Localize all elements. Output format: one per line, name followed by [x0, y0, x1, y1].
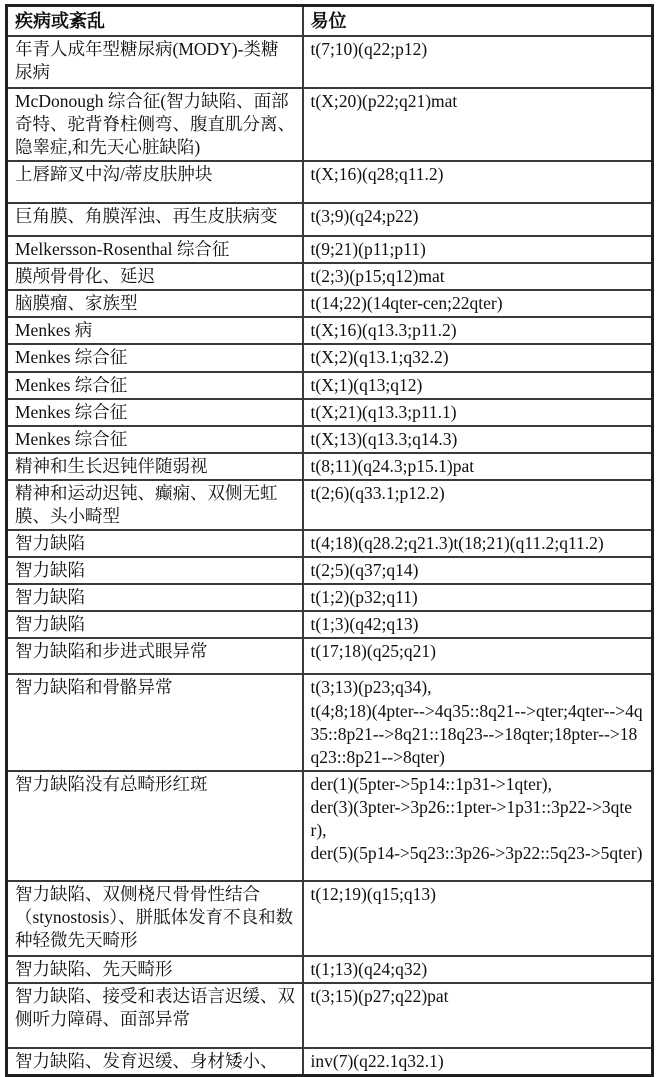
disease-cell: 智力缺陷和步进式眼异常: [7, 638, 303, 674]
translocation-cell: inv(7)(q22.1q32.1): [303, 1048, 653, 1076]
table-row: 精神和运动迟钝、癫痫、双侧无虹膜、头小畸型 t(2;6)(q33.1;p12.2…: [7, 480, 653, 530]
table-row: 智力缺陷 t(1;2)(p32;q11): [7, 584, 653, 611]
table-row: Menkes 综合征 t(X;2)(q13.1;q32.2): [7, 344, 653, 371]
table-row: 年青人成年型糖尿病(MODY)-类糖尿病 t(7;10)(q22;p12): [7, 36, 653, 88]
header-disease: 疾病或紊乱: [7, 6, 303, 36]
disease-cell: Menkes 病: [7, 317, 303, 344]
translocation-cell: t(7;10)(q22;p12): [303, 36, 653, 88]
translocation-cell: t(3;15)(p27;q22)pat: [303, 983, 653, 1048]
disease-cell: 智力缺陷、发育迟缓、身材矮小、: [7, 1048, 303, 1076]
translocation-cell: t(2;3)(p15;q12)mat: [303, 263, 653, 290]
table-row: 智力缺陷和骨骼异常 t(3;13)(p23;q34), t(4;8;18)(4p…: [7, 674, 653, 770]
disease-cell: Melkersson-Rosenthal 综合征: [7, 236, 303, 263]
translocation-cell: t(X;20)(p22;q21)mat: [303, 88, 653, 161]
table-row: 巨角膜、角膜浑浊、再生皮肤病变 t(3;9)(q24;p22): [7, 203, 653, 236]
disease-cell: 年青人成年型糖尿病(MODY)-类糖尿病: [7, 36, 303, 88]
disease-cell: 智力缺陷、双侧桡尺骨骨性结合（stynostosis）、胼胝体发育不良和数种轻微…: [7, 881, 303, 956]
disease-cell: 智力缺陷: [7, 584, 303, 611]
disease-cell: Menkes 综合征: [7, 399, 303, 426]
disease-cell: 智力缺陷: [7, 557, 303, 584]
translocation-cell: t(1;2)(p32;q11): [303, 584, 653, 611]
table-row: Menkes 综合征 t(X;13)(q13.3;q14.3): [7, 426, 653, 453]
disease-cell: 智力缺陷: [7, 530, 303, 557]
disease-cell: 智力缺陷、接受和表达语言迟缓、双侧听力障碍、面部异常: [7, 983, 303, 1048]
translocation-cell: t(14;22)(14qter-cen;22qter): [303, 290, 653, 317]
table-row: 智力缺陷没有总畸形红斑 der(1)(5pter->5p14::1p31->1q…: [7, 771, 653, 881]
translocation-cell: t(2;5)(q37;q14): [303, 557, 653, 584]
header-row: 疾病或紊乱 易位: [7, 6, 653, 36]
translocation-cell: t(X;1)(q13;q12): [303, 372, 653, 399]
header-translocation: 易位: [303, 6, 653, 36]
disease-cell: 智力缺陷和骨骼异常: [7, 674, 303, 770]
table-row: 智力缺陷、双侧桡尺骨骨性结合（stynostosis）、胼胝体发育不良和数种轻微…: [7, 881, 653, 956]
table-row: Menkes 综合征 t(X;21)(q13.3;p11.1): [7, 399, 653, 426]
table-row: 智力缺陷、接受和表达语言迟缓、双侧听力障碍、面部异常 t(3;15)(p27;q…: [7, 983, 653, 1048]
table-row: 智力缺陷 t(1;3)(q42;q13): [7, 611, 653, 638]
table-row: McDonough 综合征(智力缺陷、面部奇特、驼背脊柱侧弯、腹直肌分离、隐睾症…: [7, 88, 653, 161]
translocation-cell: t(X;16)(q13.3;p11.2): [303, 317, 653, 344]
table-row: 智力缺陷 t(2;5)(q37;q14): [7, 557, 653, 584]
disease-cell: 上唇蹄叉中沟/蒂皮肤肿块: [7, 161, 303, 203]
translocation-cell: t(3;9)(q24;p22): [303, 203, 653, 236]
disease-cell: Menkes 综合征: [7, 344, 303, 371]
translocation-cell: t(8;11)(q24.3;p15.1)pat: [303, 453, 653, 480]
disease-cell: Menkes 综合征: [7, 372, 303, 399]
disease-cell: 智力缺陷没有总畸形红斑: [7, 771, 303, 881]
translocation-cell: t(2;6)(q33.1;p12.2): [303, 480, 653, 530]
translocation-cell: t(1;3)(q42;q13): [303, 611, 653, 638]
disease-cell: 膜颅骨骨化、延迟: [7, 263, 303, 290]
translocation-cell: der(1)(5pter->5p14::1p31->1qter), der(3)…: [303, 771, 653, 881]
disease-translocation-table: 疾病或紊乱 易位 年青人成年型糖尿病(MODY)-类糖尿病 t(7;10)(q2…: [5, 4, 654, 1077]
translocation-cell: t(X;13)(q13.3;q14.3): [303, 426, 653, 453]
disease-cell: 智力缺陷、先天畸形: [7, 956, 303, 983]
table-row: 智力缺陷 t(4;18)(q28.2;q21.3)t(18;21)(q11.2;…: [7, 530, 653, 557]
disease-cell: Menkes 综合征: [7, 426, 303, 453]
disease-cell: 智力缺陷: [7, 611, 303, 638]
disease-cell: McDonough 综合征(智力缺陷、面部奇特、驼背脊柱侧弯、腹直肌分离、隐睾症…: [7, 88, 303, 161]
table-row: Menkes 病 t(X;16)(q13.3;p11.2): [7, 317, 653, 344]
translocation-cell: t(4;18)(q28.2;q21.3)t(18;21)(q11.2;q11.2…: [303, 530, 653, 557]
disease-cell: 巨角膜、角膜浑浊、再生皮肤病变: [7, 203, 303, 236]
translocation-cell: t(17;18)(q25;q21): [303, 638, 653, 674]
table-row: 膜颅骨骨化、延迟 t(2;3)(p15;q12)mat: [7, 263, 653, 290]
disease-cell: 精神和运动迟钝、癫痫、双侧无虹膜、头小畸型: [7, 480, 303, 530]
translocation-cell: t(12;19)(q15;q13): [303, 881, 653, 956]
table-row: Menkes 综合征 t(X;1)(q13;q12): [7, 372, 653, 399]
table-row: 智力缺陷、先天畸形 t(1;13)(q24;q32): [7, 956, 653, 983]
disease-cell: 精神和生长迟钝伴随弱视: [7, 453, 303, 480]
translocation-cell: t(3;13)(p23;q34), t(4;8;18)(4pter-->4q35…: [303, 674, 653, 770]
table-row: 智力缺陷和步进式眼异常 t(17;18)(q25;q21): [7, 638, 653, 674]
table-row: 智力缺陷、发育迟缓、身材矮小、 inv(7)(q22.1q32.1): [7, 1048, 653, 1076]
translocation-cell: t(9;21)(p11;p11): [303, 236, 653, 263]
translocation-cell: t(X;2)(q13.1;q32.2): [303, 344, 653, 371]
translocation-cell: t(1;13)(q24;q32): [303, 956, 653, 983]
document-page: 疾病或紊乱 易位 年青人成年型糖尿病(MODY)-类糖尿病 t(7;10)(q2…: [0, 0, 658, 1000]
table-row: 脑膜瘤、家族型 t(14;22)(14qter-cen;22qter): [7, 290, 653, 317]
translocation-cell: t(X;16)(q28;q11.2): [303, 161, 653, 203]
table-row: Melkersson-Rosenthal 综合征 t(9;21)(p11;p11…: [7, 236, 653, 263]
disease-cell: 脑膜瘤、家族型: [7, 290, 303, 317]
table-row: 上唇蹄叉中沟/蒂皮肤肿块 t(X;16)(q28;q11.2): [7, 161, 653, 203]
table-row: 精神和生长迟钝伴随弱视 t(8;11)(q24.3;p15.1)pat: [7, 453, 653, 480]
translocation-cell: t(X;21)(q13.3;p11.1): [303, 399, 653, 426]
